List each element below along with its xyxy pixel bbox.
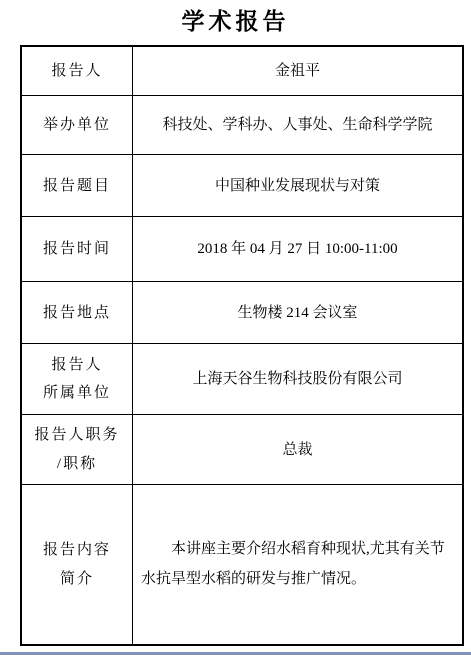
- table-row: 报告人职务 /职称 总裁: [21, 415, 463, 485]
- table-row: 举办单位 科技处、学科办、人事处、生命科学学院: [21, 96, 463, 155]
- page-title: 学术报告: [0, 0, 471, 37]
- row-value: 中国种业发展现状与对策: [133, 155, 464, 217]
- report-table-body: 报告人 金祖平 举办单位 科技处、学科办、人事处、生命科学学院 报告题目 中国种…: [21, 46, 463, 645]
- table-row: 报告人 所属单位 上海天谷生物科技股份有限公司: [21, 344, 463, 415]
- row-value: 本讲座主要介绍水稻育种现状,尤其有关节水抗旱型水稻的研发与推广情况。: [133, 485, 464, 645]
- row-value: 总裁: [133, 415, 464, 485]
- bottom-rule: [0, 652, 471, 655]
- row-label: 报告地点: [21, 282, 133, 344]
- row-value: 2018 年 04 月 27 日 10:00-11:00: [133, 217, 464, 282]
- row-label: 举办单位: [21, 96, 133, 155]
- row-value: 科技处、学科办、人事处、生命科学学院: [133, 96, 464, 155]
- row-label: 报告内容 简介: [21, 485, 133, 645]
- row-label: 报告人职务 /职称: [21, 415, 133, 485]
- row-label: 报告题目: [21, 155, 133, 217]
- table-row: 报告内容 简介 本讲座主要介绍水稻育种现状,尤其有关节水抗旱型水稻的研发与推广情…: [21, 485, 463, 645]
- report-table: 报告人 金祖平 举办单位 科技处、学科办、人事处、生命科学学院 报告题目 中国种…: [20, 45, 464, 646]
- table-row: 报告题目 中国种业发展现状与对策: [21, 155, 463, 217]
- table-row: 报告地点 生物楼 214 会议室: [21, 282, 463, 344]
- table-row: 报告人 金祖平: [21, 46, 463, 96]
- row-value: 上海天谷生物科技股份有限公司: [133, 344, 464, 415]
- page: 学术报告 报告人 金祖平 举办单位 科技处、学科办、人事处、生命科学学院 报告题…: [0, 0, 471, 661]
- row-label: 报告人 所属单位: [21, 344, 133, 415]
- table-row: 报告时间 2018 年 04 月 27 日 10:00-11:00: [21, 217, 463, 282]
- row-label: 报告时间: [21, 217, 133, 282]
- row-label: 报告人: [21, 46, 133, 96]
- row-value: 生物楼 214 会议室: [133, 282, 464, 344]
- row-value: 金祖平: [133, 46, 464, 96]
